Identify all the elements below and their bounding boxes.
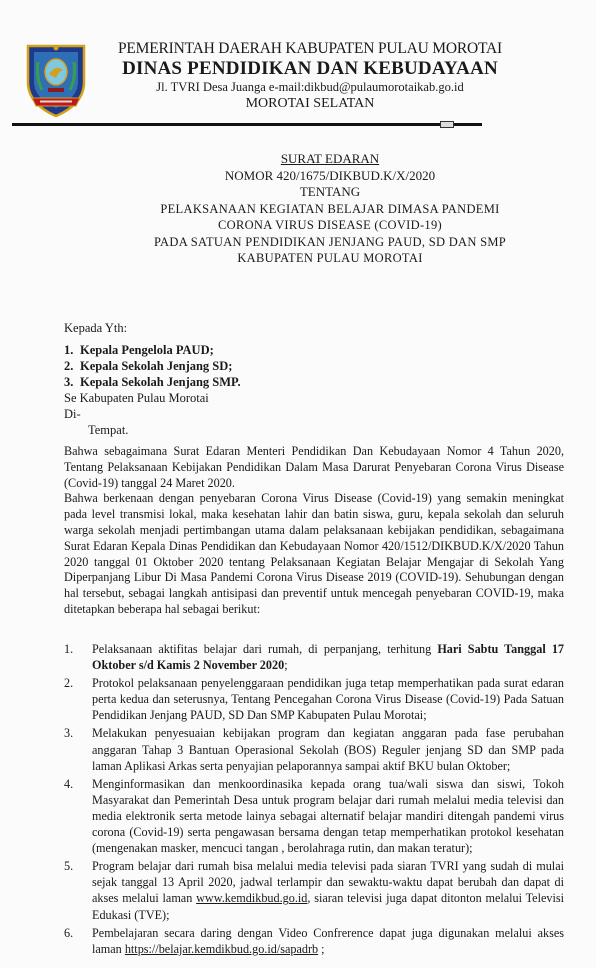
- circular-title-block: SURAT EDARAN NOMOR 420/1675/DIKBUD.K/X/2…: [120, 151, 540, 267]
- directive-list: 1. Pelaksanaan aktifitas belajar dari ru…: [64, 641, 564, 957]
- sapadrb-link[interactable]: https://belajar.kemdikbud.go.id/sapadrb: [125, 942, 318, 956]
- recipient-di: Di-: [64, 406, 241, 422]
- recipient-list: 1.Kepala Pengelola PAUD; 2.Kepala Sekola…: [64, 342, 241, 390]
- directive-item: 4. Menginformasikan dan menkoordinasika …: [64, 776, 564, 856]
- recipient-region: Se Kabupaten Pulau Morotai: [64, 390, 241, 406]
- circular-about: TENTANG: [120, 184, 540, 201]
- addressee-block: Kepada Yth: 1.Kepala Pengelola PAUD; 2.K…: [64, 320, 241, 438]
- recipient-item: 2.Kepala Sekolah Jenjang SD;: [64, 358, 241, 374]
- letter-body: Bahwa sebagaimana Surat Edaran Menteri P…: [64, 444, 564, 618]
- government-name: PEMERINTAH DAERAH KABUPATEN PULAU MOROTA…: [100, 40, 520, 58]
- body-paragraph: Bahwa berkenaan dengan penyebaran Corona…: [64, 491, 564, 617]
- regency-emblem-icon: [22, 38, 90, 118]
- subject-line: PADA SATUAN PENDIDIKAN JENJANG PAUD, SD …: [120, 234, 540, 251]
- agency-district: MOROTAI SELATAN: [100, 95, 520, 112]
- subject-line: CORONA VIRUS DISEASE (COVID-19): [120, 217, 540, 234]
- directive-item: 5. Program belajar dari rumah bisa melal…: [64, 858, 564, 922]
- body-paragraph: Bahwa sebagaimana Surat Edaran Menteri P…: [64, 444, 564, 491]
- letterhead-divider: [12, 123, 482, 126]
- agency-name: DINAS PENDIDIKAN DAN KEBUDAYAAN: [100, 58, 520, 79]
- document-page: PEMERINTAH DAERAH KABUPATEN PULAU MOROTA…: [0, 0, 596, 968]
- salutation: Kepada Yth:: [64, 320, 241, 336]
- recipient-item: 3.Kepala Sekolah Jenjang SMP.: [64, 374, 241, 390]
- directive-item: 3. Melakukan penyesuaian kebijakan progr…: [64, 725, 564, 773]
- circular-label: SURAT EDARAN: [120, 151, 540, 168]
- recipient-item: 1.Kepala Pengelola PAUD;: [64, 342, 241, 358]
- subject-line: KABUPATEN PULAU MOROTAI: [120, 250, 540, 267]
- recipient-place: Tempat.: [64, 422, 241, 438]
- directive-item: 1. Pelaksanaan aktifitas belajar dari ru…: [64, 641, 564, 673]
- kemdikbud-link[interactable]: www.kemdikbud.go.id: [196, 891, 307, 905]
- directive-item: 6. Pembelajaran secara daring dengan Vid…: [64, 925, 564, 957]
- letterhead: PEMERINTAH DAERAH KABUPATEN PULAU MOROTA…: [100, 40, 520, 112]
- circular-number: NOMOR 420/1675/DIKBUD.K/X/2020: [120, 168, 540, 185]
- directive-item: 2. Protokol pelaksanaan penyelenggaraan …: [64, 675, 564, 723]
- divider-ornament: [440, 121, 454, 128]
- agency-address: Jl. TVRI Desa Juanga e-mail:dikbud@pulau…: [100, 79, 520, 95]
- subject-line: PELAKSANAAN KEGIATAN BELAJAR DIMASA PAND…: [120, 201, 540, 218]
